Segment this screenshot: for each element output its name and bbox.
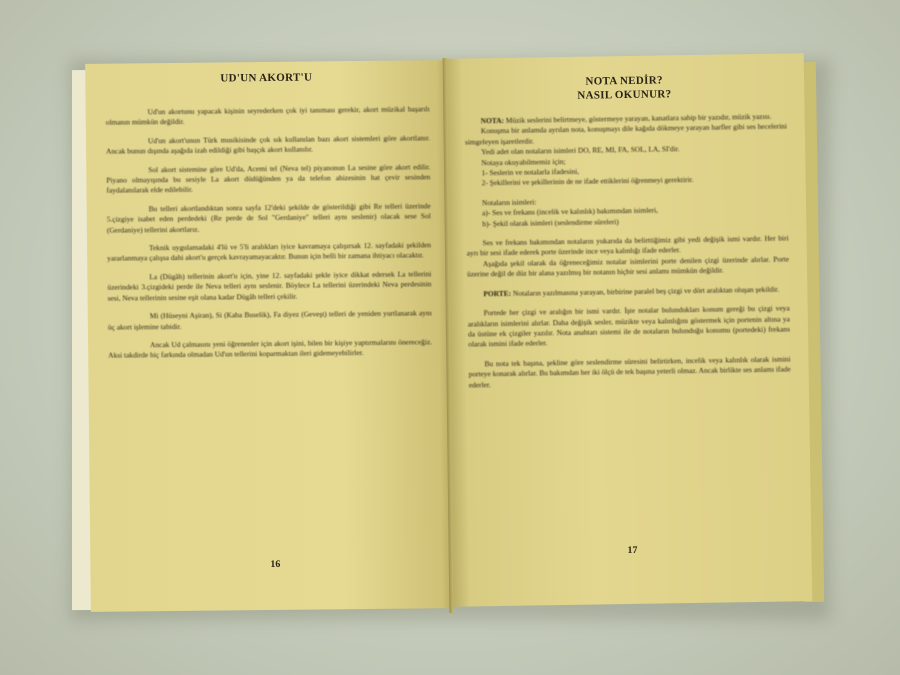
paragraph: Aşağıda şekil olarak da öğreneceğimiz no… bbox=[467, 254, 789, 280]
paragraph: La (Dügâh) tellerinin akort'u için, yine… bbox=[107, 269, 431, 304]
paragraph: Bu telleri akortlandıktan sonra sayfa 12… bbox=[107, 201, 431, 236]
porte-label: PORTE: bbox=[483, 289, 511, 298]
left-page-body: Ud'un akortunu yapacak kişinin seyrederk… bbox=[86, 104, 451, 361]
right-page-title: NOTA NEDİR? NASIL OKUNUR? bbox=[444, 71, 804, 105]
paragraph: Bu nota tek başına, şekline göre seslend… bbox=[468, 354, 790, 390]
page-number-left: 16 bbox=[270, 559, 280, 570]
left-page-title: UD'UN AKORT'U bbox=[85, 70, 447, 86]
paragraph: Sol akort sistemine göre Ud'da, Acemi te… bbox=[106, 162, 430, 197]
paragraph: Ud'un akort'unun Türk musikisinde çok sı… bbox=[106, 133, 430, 157]
porte-definition: PORTE: Notaların yazılmasına yarayan, bi… bbox=[467, 284, 789, 299]
nota-label: NOTA: bbox=[481, 116, 504, 125]
porte-text: Notaların yazılmasına yarayan, birbirine… bbox=[513, 284, 779, 297]
paragraph: Teknik uygulamadaki 4'lü ve 5'li aralıkl… bbox=[107, 240, 431, 264]
right-page-body: NOTA: Müzik seslerini belirtmeye, göster… bbox=[445, 111, 809, 391]
left-page: UD'UN AKORT'U Ud'un akortunu yapacak kiş… bbox=[85, 60, 453, 612]
right-page: NOTA NEDİR? NASIL OKUNUR? NOTA: Müzik se… bbox=[444, 53, 813, 607]
paragraph: Ancak Ud çalmasını yeni öğrenenler için … bbox=[108, 337, 432, 361]
paragraph: Ud'un akortunu yapacak kişinin seyrederk… bbox=[106, 104, 430, 128]
paragraph: Portede her çizgi ve aralığın bir ismi v… bbox=[468, 304, 791, 351]
page-number-right: 17 bbox=[627, 545, 637, 556]
paragraph: Mi (Hüseyni Aşiran), Si (Kaba Buselik), … bbox=[108, 308, 432, 332]
